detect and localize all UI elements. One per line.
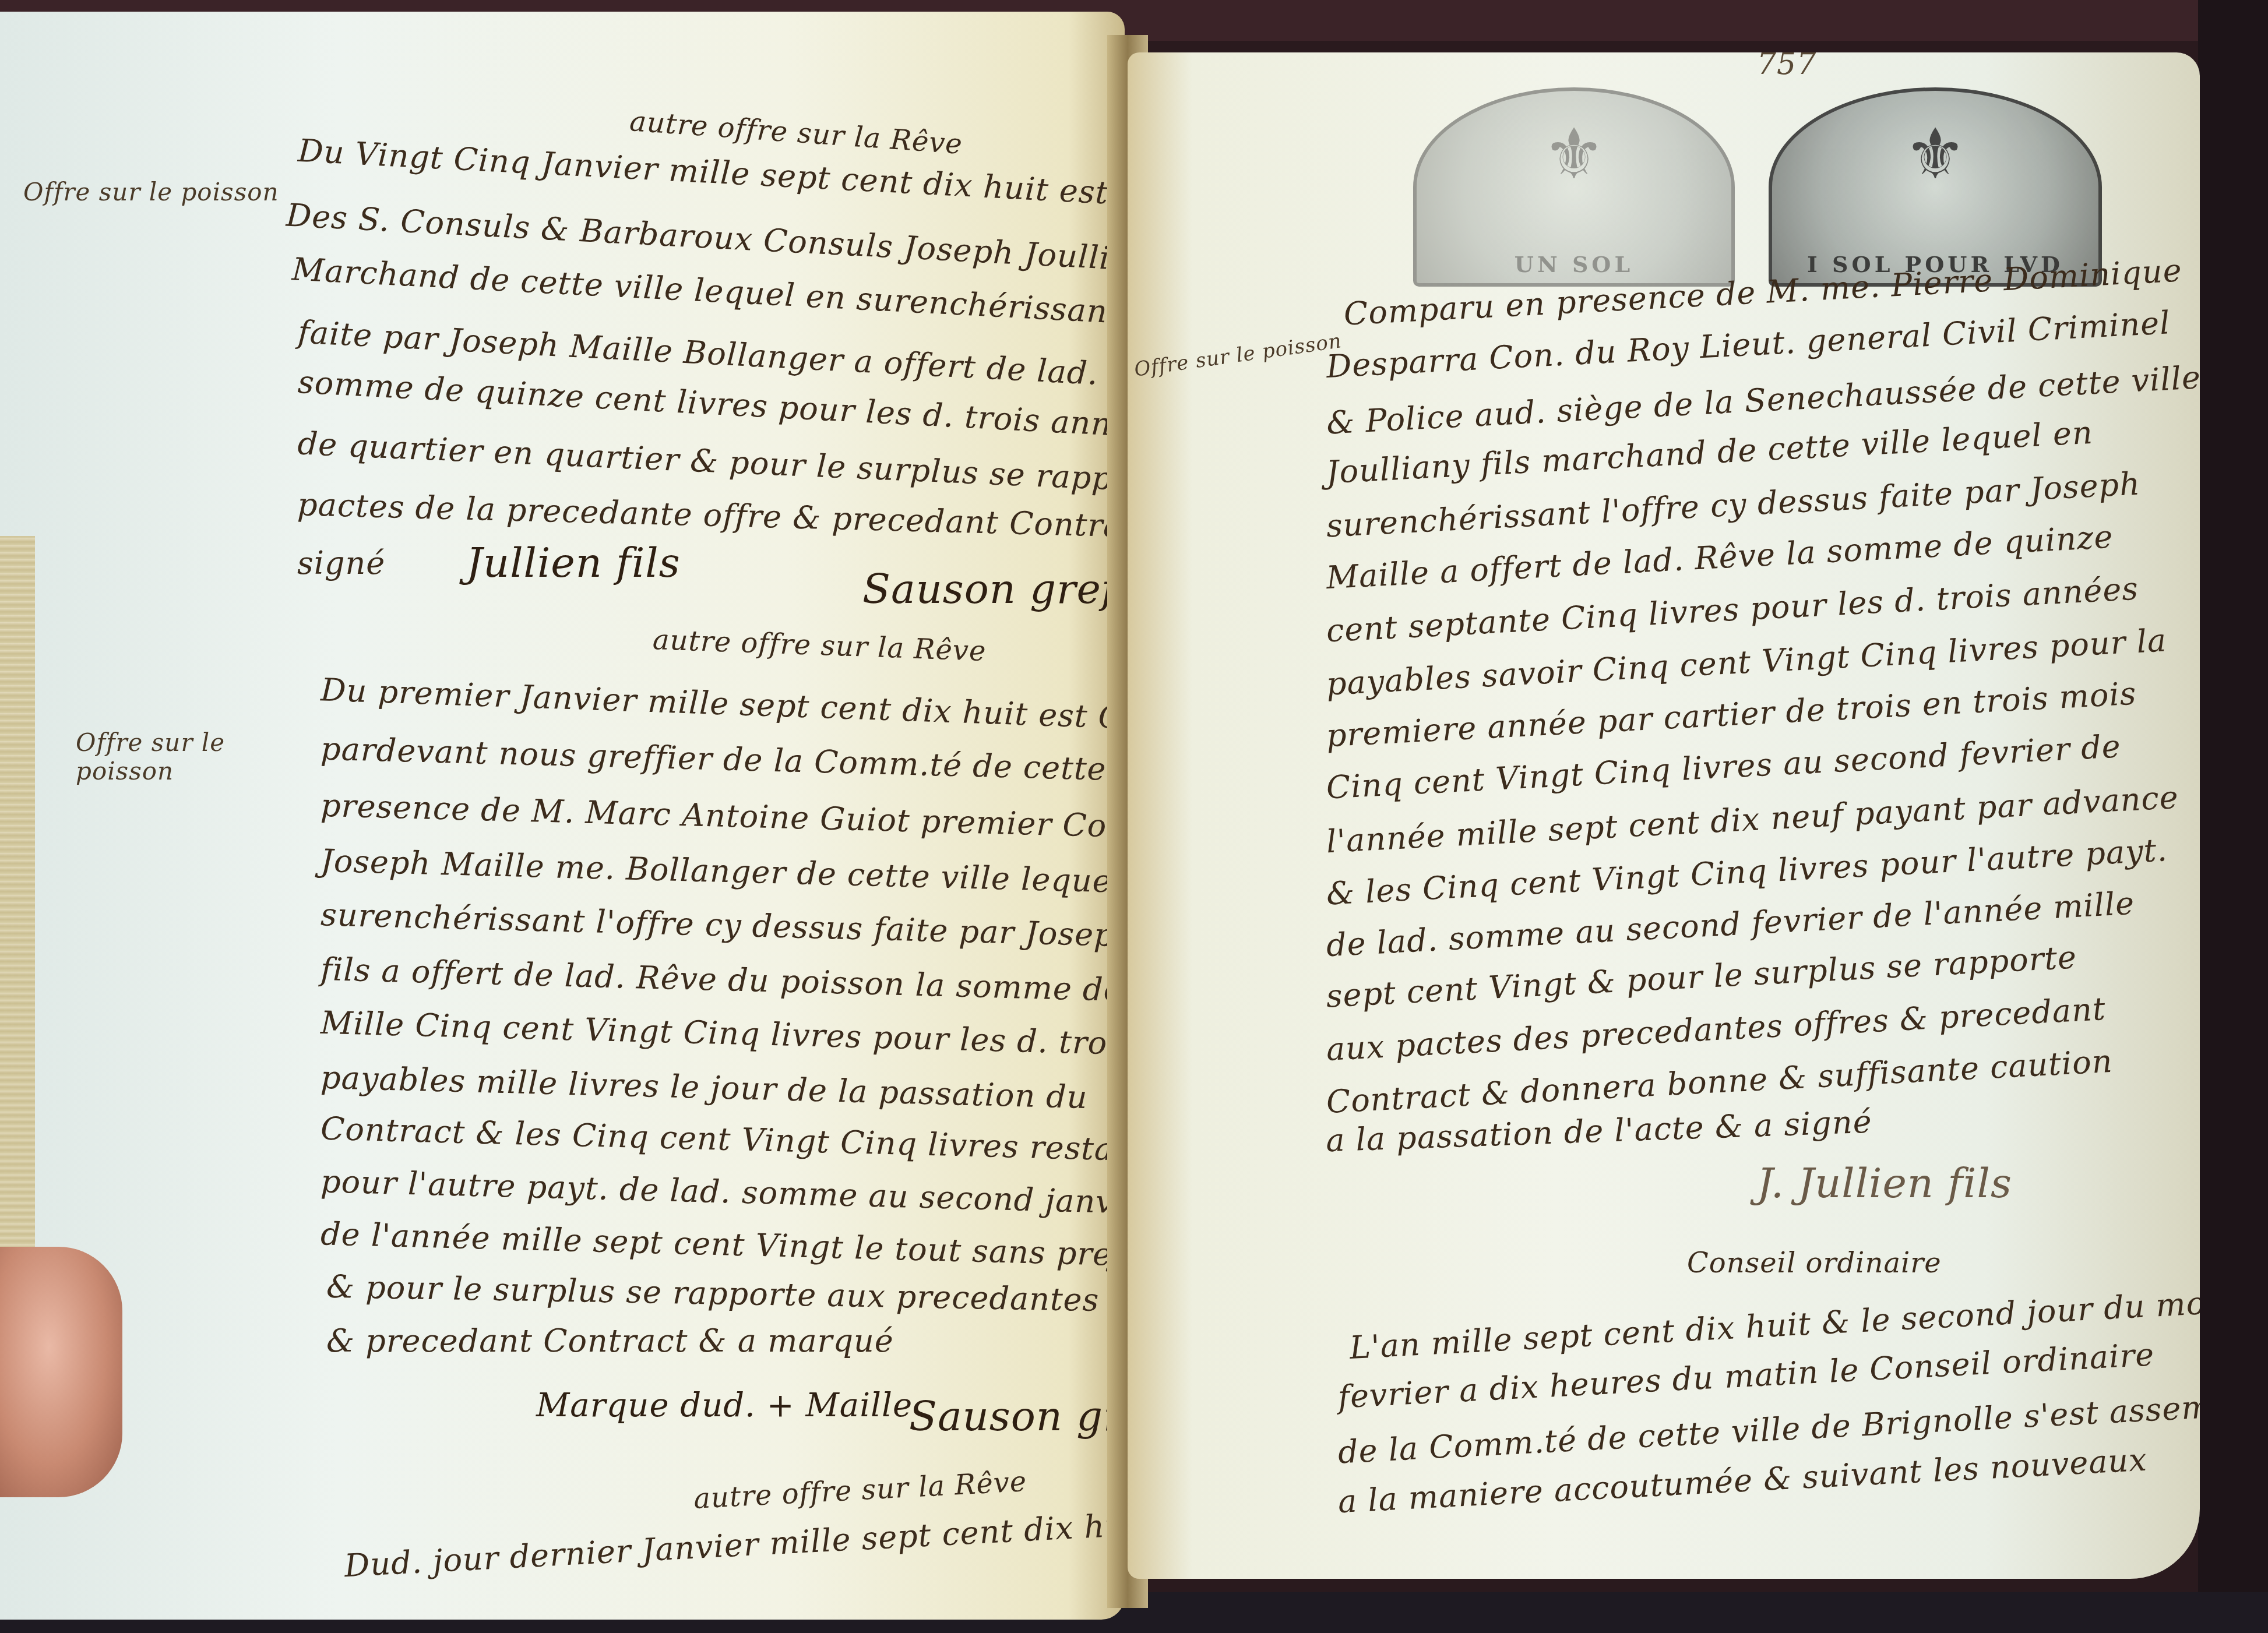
thumb <box>0 1247 122 1497</box>
margin-note: Offre sur le poisson <box>1133 329 1343 382</box>
right-page: 757 ⚜ UN SOL ⚜ I SOL POUR LVD Offre sur … <box>1128 52 2200 1579</box>
margin-note: Offre sur le poisson <box>76 728 251 785</box>
text-line: Contract & les Cinq cent Vingt Cinq livr… <box>320 1110 1125 1170</box>
signature: Jullien fils <box>466 539 681 587</box>
text-line: surenchérissant l'offre cy dessus faite … <box>320 896 1125 958</box>
text-line: fils a offert de lad. Rêve du poisson la… <box>320 951 1123 1008</box>
text-line: signé <box>297 545 385 581</box>
text-line: pardevant nous greffier de la Comm.té de… <box>320 731 1125 792</box>
text-line: payables mille livres le jour de la pass… <box>320 1059 1088 1116</box>
text-line: & pour le surplus se rapporte aux preced… <box>326 1268 1125 1320</box>
text-line: Dud. jour dernier Janvier mille sept cen… <box>343 1505 1125 1584</box>
tax-stamp-faded: ⚜ UN SOL <box>1413 87 1735 287</box>
entry-heading: autre offre sur la Rêve <box>693 1465 1028 1515</box>
text-line: Joseph Maille me. Bollanger de cette vil… <box>320 842 1125 901</box>
fleur-de-lis-icon: ⚜ <box>1417 114 1731 195</box>
signature: Sauson greffier <box>909 1392 1125 1440</box>
text-line: & precedant Contract & a marqué <box>326 1322 894 1359</box>
margin-note: Offre sur le poisson <box>23 178 279 206</box>
page-number: 757 <box>1757 52 1816 82</box>
entry-heading: autre offre sur la Rêve <box>652 623 987 668</box>
signature-mark: Marque dud. + Maille <box>536 1387 913 1424</box>
tax-stamp: ⚜ I SOL POUR LVD <box>1769 87 2102 287</box>
signature: J. Jullien fils <box>1757 1159 2012 1207</box>
left-page: Offre sur le poisson autre offre sur la … <box>0 12 1125 1620</box>
fleur-de-lis-icon: ⚜ <box>1772 114 2098 195</box>
entry-heading: Conseil ordinaire <box>1687 1247 1942 1279</box>
text-line: Du premier Janvier mille sept cent dix h… <box>320 671 1125 740</box>
text-line: presence de M. Marc Antoine Guiot premie… <box>320 787 1125 846</box>
text-line: pactes de la precedante offre & precedan… <box>297 486 1125 547</box>
text-line: de l'année mille sept cent Vingt le tout… <box>320 1215 1125 1274</box>
dark-backdrop-right <box>2198 0 2268 1633</box>
signature: Sauson greffier <box>862 565 1125 613</box>
text-line: Mille Cinq cent Vingt Cinq livres pour l… <box>320 1004 1125 1066</box>
text-line: pour l'autre payt. de lad. somme au seco… <box>320 1163 1125 1222</box>
